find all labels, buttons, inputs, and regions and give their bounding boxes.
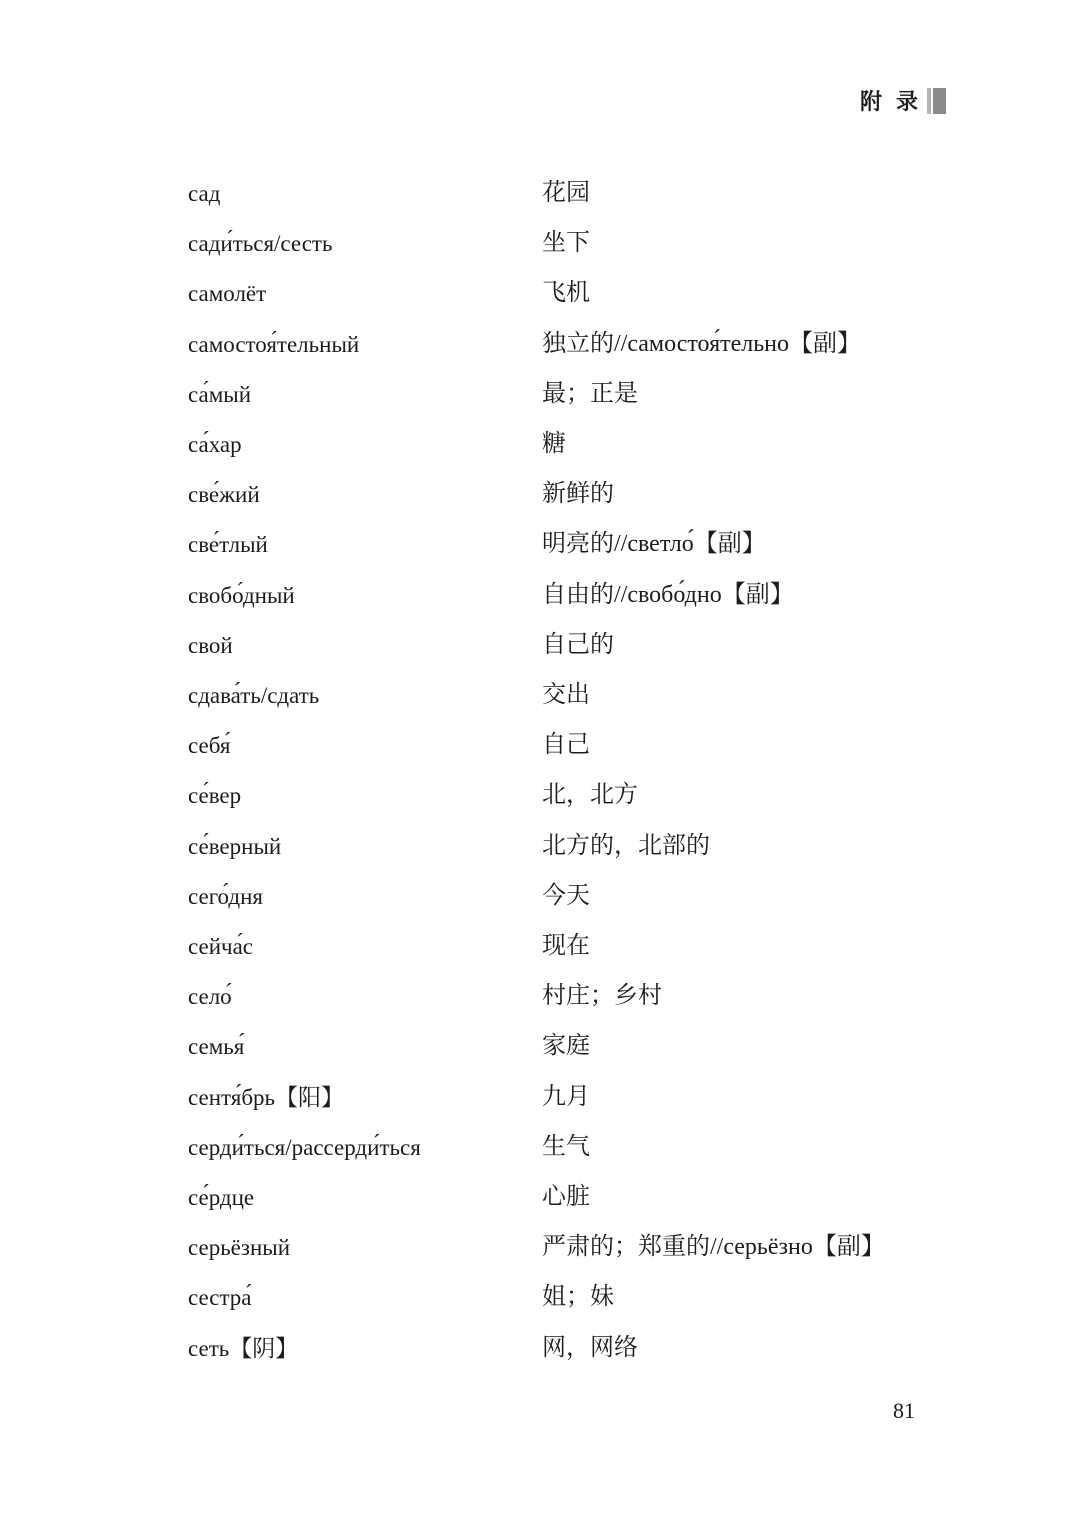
russian-term: серди́ться/рассерди́ться: [188, 1132, 421, 1164]
chinese-translation: 独立的//самостоя́тельно【副】: [542, 328, 861, 360]
vocab-row: себя́自己: [188, 730, 1047, 762]
russian-term: сестра́: [188, 1282, 252, 1314]
russian-term: са́мый: [188, 379, 251, 411]
vocab-row: са́хар糖: [188, 429, 1047, 461]
chinese-translation: 交出: [542, 679, 590, 711]
vocab-row: све́жий新鲜的: [188, 479, 1047, 511]
russian-term: сад: [188, 178, 220, 210]
chinese-translation: 生气: [542, 1131, 590, 1163]
vocab-row: семья́家庭: [188, 1031, 1047, 1063]
russian-term: серьёзный: [188, 1232, 290, 1264]
russian-term: сейча́с: [188, 931, 253, 963]
vocab-row: серди́ться/рассерди́ться生气: [188, 1132, 1047, 1164]
chinese-translation: 现在: [542, 930, 590, 962]
vocab-row: сестра́姐；妹: [188, 1282, 1047, 1314]
russian-term: семья́: [188, 1031, 244, 1063]
russian-term: се́верный: [188, 831, 281, 863]
chinese-translation: 九月: [542, 1081, 590, 1113]
vocab-row: се́вер北，北方: [188, 780, 1047, 812]
vocab-row: сдава́ть/сдать交出: [188, 680, 1047, 712]
russian-term: се́рдце: [188, 1182, 254, 1214]
chinese-translation: 姐；妹: [542, 1281, 614, 1313]
russian-term: самостоя́тельный: [188, 329, 359, 361]
chinese-translation: 村庄；乡村: [542, 980, 662, 1012]
vocab-row: се́рдце心脏: [188, 1182, 1047, 1214]
russian-term: са́хар: [188, 429, 242, 461]
glossary-list: сад花园сади́ться/сесть坐下самолёт飞机самостоя́…: [0, 0, 1087, 1536]
vocab-row: самостоя́тельный独立的//самостоя́тельно【副】: [188, 329, 1047, 361]
appendix-page: 附 录 сад花园сади́ться/сесть坐下самолёт飞机самос…: [0, 0, 1087, 1536]
vocab-row: сего́дня今天: [188, 881, 1047, 913]
chinese-translation: 严肃的；郑重的//серьёзно【副】: [542, 1231, 885, 1263]
chinese-translation: 坐下: [542, 227, 590, 259]
vocab-row: се́верный北方的，北部的: [188, 831, 1047, 863]
russian-term: свой: [188, 630, 233, 662]
russian-term: сего́дня: [188, 881, 263, 913]
chinese-translation: 花园: [542, 177, 590, 209]
chinese-translation: 自己的: [542, 629, 614, 661]
chinese-translation: 北方的，北部的: [542, 830, 710, 862]
chinese-translation: 自己: [542, 729, 590, 761]
vocab-row: свобо́дный自由的//свобо́дно【副】: [188, 580, 1047, 612]
russian-term: сеть【阴】: [188, 1333, 298, 1365]
russian-term: село́: [188, 981, 232, 1013]
chinese-translation: 明亮的//светло́【副】: [542, 528, 766, 560]
chinese-translation: 飞机: [542, 277, 590, 309]
russian-term: се́вер: [188, 780, 241, 812]
russian-term: сдава́ть/сдать: [188, 680, 319, 712]
russian-term: сентя́брь【阳】: [188, 1082, 344, 1114]
chinese-translation: 新鲜的: [542, 478, 614, 510]
vocab-row: сентя́брь【阳】九月: [188, 1082, 1047, 1114]
vocab-row: сеть【阴】网，网络: [188, 1333, 1047, 1365]
vocab-row: самолёт飞机: [188, 278, 1047, 310]
vocab-row: свой自己的: [188, 630, 1047, 662]
chinese-translation: 家庭: [542, 1030, 590, 1062]
chinese-translation: 今天: [542, 880, 590, 912]
vocab-row: сейча́с现在: [188, 931, 1047, 963]
vocab-row: сад花园: [188, 178, 1047, 210]
vocab-row: серьёзный严肃的；郑重的//серьёзно【副】: [188, 1232, 1047, 1264]
russian-term: сади́ться/сесть: [188, 228, 332, 260]
vocab-row: са́мый最；正是: [188, 379, 1047, 411]
chinese-translation: 心脏: [542, 1181, 590, 1213]
page-number: 81: [893, 1398, 915, 1424]
chinese-translation: 北，北方: [542, 779, 638, 811]
chinese-translation: 最；正是: [542, 378, 638, 410]
chinese-translation: 网，网络: [542, 1332, 638, 1364]
chinese-translation: 糖: [542, 428, 566, 460]
russian-term: себя́: [188, 730, 230, 762]
vocab-row: све́тлый明亮的//светло́【副】: [188, 529, 1047, 561]
vocab-row: сади́ться/сесть坐下: [188, 228, 1047, 260]
russian-term: самолёт: [188, 278, 266, 310]
russian-term: све́тлый: [188, 529, 268, 561]
russian-term: свобо́дный: [188, 580, 295, 612]
russian-term: све́жий: [188, 479, 260, 511]
vocab-row: село́村庄；乡村: [188, 981, 1047, 1013]
chinese-translation: 自由的//свобо́дно【副】: [542, 579, 794, 611]
